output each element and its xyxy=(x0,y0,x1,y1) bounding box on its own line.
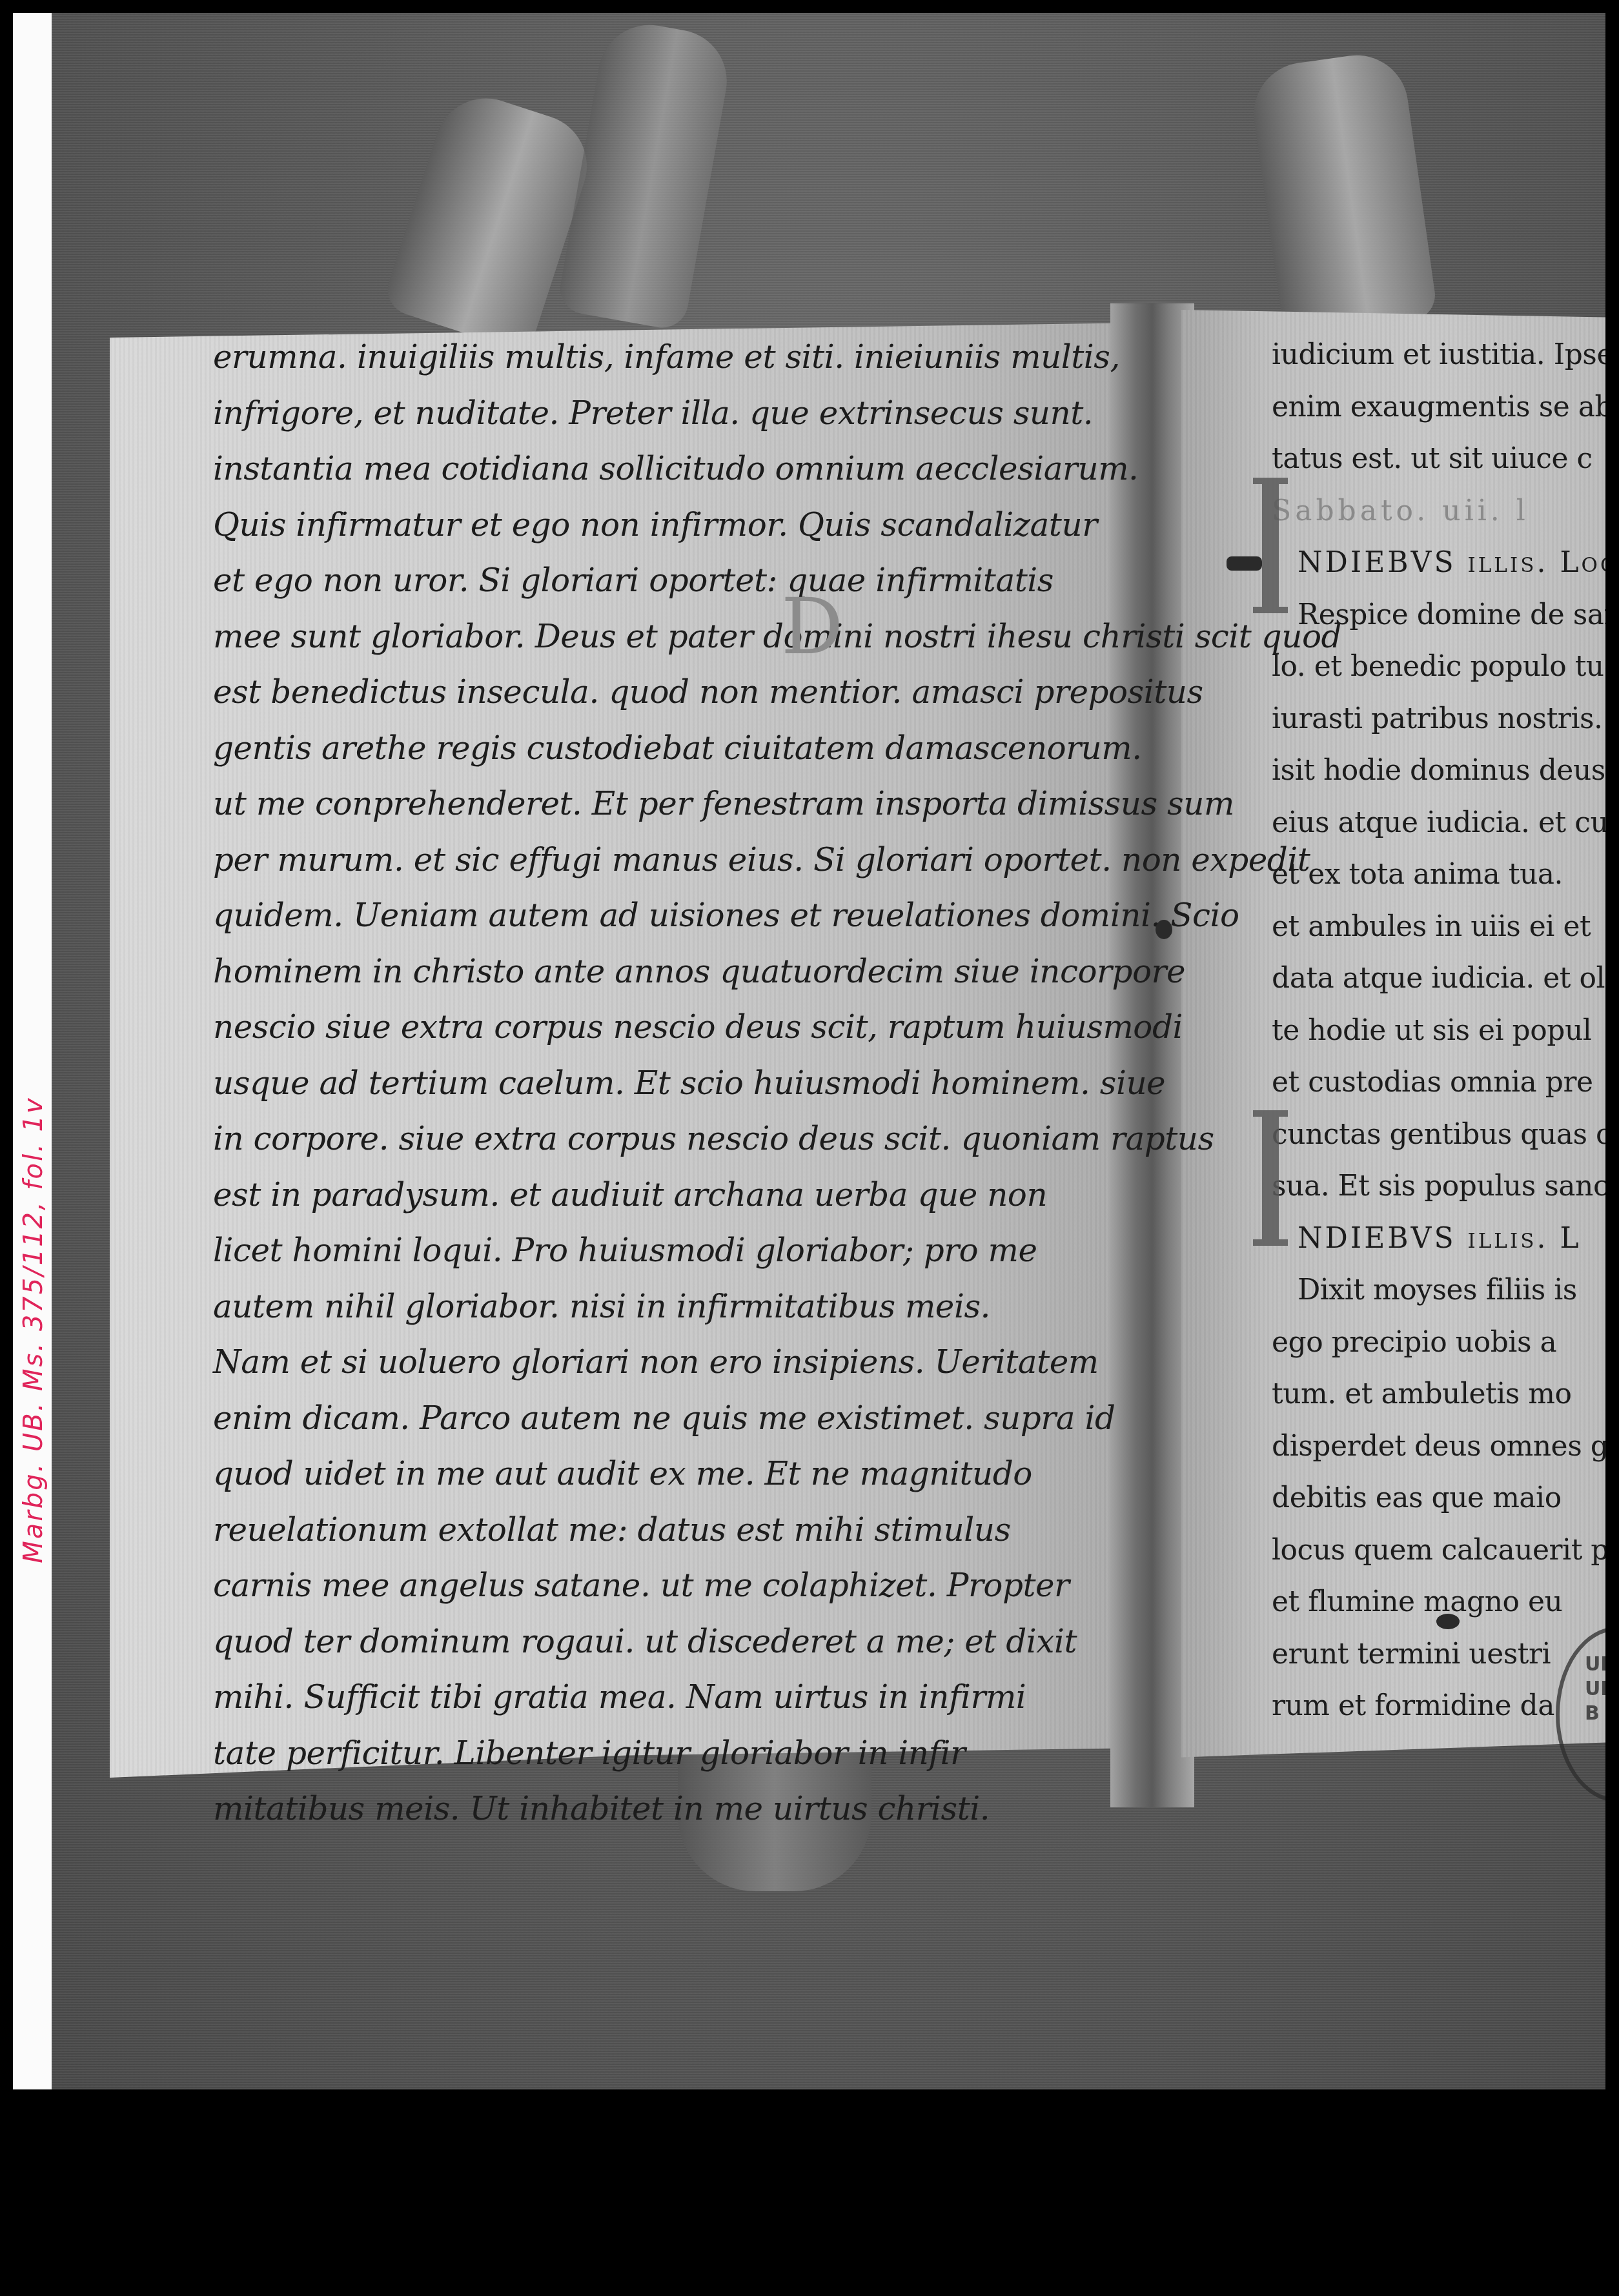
text-line: iudicium et iustitia. Ipse xyxy=(1272,329,1605,381)
decorated-initial-i-upper xyxy=(1262,478,1279,613)
text-line: eius atque iudicia. et cus xyxy=(1272,797,1605,849)
right-border xyxy=(1605,0,1619,2296)
text-line: iurasti patribus nostris. te xyxy=(1272,693,1605,746)
ink-blot-right-page xyxy=(1436,1614,1460,1629)
text-line: hominem in christo ante annos quatuordec… xyxy=(213,944,1091,1000)
text-line: ego precipio uobis a xyxy=(1272,1317,1605,1369)
top-border xyxy=(0,0,1619,13)
text-line: debitis eas que maio xyxy=(1272,1472,1605,1525)
text-line: enim exaugmentis se abo xyxy=(1272,381,1605,434)
text-line: erumna. inuigiliis multis, infame et sit… xyxy=(213,329,1091,385)
text-line: tate perficitur. Libenter igitur gloriab… xyxy=(213,1725,1091,1782)
text-line: isit hodie dominus deus tuus xyxy=(1272,745,1605,797)
text-line: et custodias omnia pre xyxy=(1272,1057,1605,1109)
ink-blot-gutter-middle xyxy=(1156,920,1172,939)
text-line: est in paradysum. et audiuit archana uer… xyxy=(213,1167,1091,1223)
shelfmark-text: Marbg. UB. Ms. 375/112, fol. 1v xyxy=(19,1096,48,1563)
text-line: gentis arethe regis custodiebat ciuitate… xyxy=(213,720,1091,777)
text-line: tatus est. ut sit uiuce c xyxy=(1272,433,1605,485)
text-line: tum. et ambuletis mo xyxy=(1272,1368,1605,1421)
text-line: cunctas gentibus quas c xyxy=(1272,1109,1605,1161)
shelfmark-annotation: Marbg. UB. Ms. 375/112, fol. 1v xyxy=(21,1065,46,1594)
text-line: usque ad tertium caelum. Et scio huiusmo… xyxy=(213,1055,1091,1112)
ink-blot-gutter-upper xyxy=(1227,556,1262,571)
text-line: disperdet deus omnes gen xyxy=(1272,1421,1605,1473)
text-line: quod ter dominum rogaui. ut discederet a… xyxy=(213,1614,1091,1670)
text-line: lo. et benedic populo tuo xyxy=(1272,641,1605,693)
text-line: reuelationum extollat me: datus est mihi… xyxy=(213,1502,1091,1558)
text-line: autem nihil gloriabor. nisi in infirmita… xyxy=(213,1279,1091,1335)
text-line: et ego non uror. Si gloriari oportet: qu… xyxy=(213,553,1091,609)
text-line: Dixit moyses filiis is xyxy=(1272,1265,1605,1317)
rubric-line: Sabbato. uii. l xyxy=(1272,485,1605,538)
text-line: locus quem calcauerit p xyxy=(1272,1525,1605,1577)
text-line: nescio siue extra corpus nescio deus sci… xyxy=(213,999,1091,1055)
text-line: per murum. et sic effugi manus eius. Si … xyxy=(213,832,1091,888)
right-page-text: iudicium et iustitia. Ipse enim exaugmen… xyxy=(1272,329,1605,1732)
text-line: sua. Et sis populus sanctus domini d xyxy=(1272,1161,1605,1213)
text-line: et ex tota anima tua. xyxy=(1272,849,1605,901)
text-line: mee sunt gloriabor. Deus et pater domini… xyxy=(213,609,1091,665)
text-line: te hodie ut sis ei popul xyxy=(1272,1005,1605,1057)
bottom-border xyxy=(0,2089,1619,2296)
decorated-initial-i-lower xyxy=(1262,1110,1279,1246)
text-line: infrigore, et nuditate. Preter illa. que… xyxy=(213,385,1091,442)
text-line: erunt termini uestri xyxy=(1272,1629,1605,1681)
text-line: quidem. Ueniam autem ad uisiones et reue… xyxy=(213,888,1091,944)
text-line: carnis mee angelus satane. ut me colaphi… xyxy=(213,1558,1091,1614)
text-line: Nam et si uoluero gloriari non ero insip… xyxy=(213,1334,1091,1390)
text-line: quod uidet in me aut audit ex me. Et ne … xyxy=(213,1446,1091,1502)
text-line: ut me conprehenderet. Et per fenestram i… xyxy=(213,776,1091,832)
text-line: in corpore. siue extra corpus nescio deu… xyxy=(213,1111,1091,1167)
text-line: enim dicam. Parco autem ne quis me exist… xyxy=(213,1390,1091,1447)
text-line: instantia mea cotidiana sollicitudo omni… xyxy=(213,441,1091,497)
text-line: mitatibus meis. Ut inhabitet in me uirtu… xyxy=(213,1781,1091,1837)
left-page-text: erumna. inuigiliis multis, infame et sit… xyxy=(213,329,1091,1837)
text-line: Respice domine de sanctuari xyxy=(1272,589,1605,642)
text-line: mihi. Sufficit tibi gratia mea. Nam uirt… xyxy=(213,1669,1091,1725)
text-line: est benedictus insecula. quod non mentio… xyxy=(213,664,1091,720)
lesson-heading: NDIEBVS illis. L xyxy=(1272,1213,1605,1265)
text-line: data atque iudicia. et ol xyxy=(1272,953,1605,1005)
text-line: Quis infirmatur et ego non infirmor. Qui… xyxy=(213,497,1091,553)
text-line: et ambules in uiis ei et xyxy=(1272,901,1605,953)
decorated-initial-d: D xyxy=(781,589,843,666)
lesson-heading: NDIEBVS illis. Loq xyxy=(1272,537,1605,589)
text-line: licet homini loqui. Pro huiusmodi gloria… xyxy=(213,1223,1091,1279)
white-margin-strip xyxy=(13,13,52,2089)
